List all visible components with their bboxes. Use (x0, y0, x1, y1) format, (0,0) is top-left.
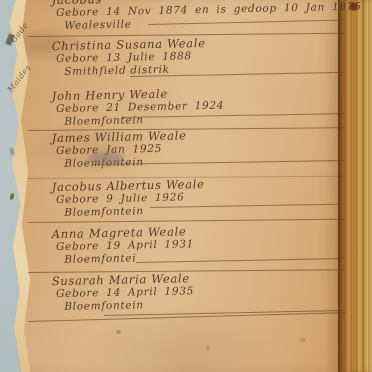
register-entry: Jacobus Albertus Weale Gebore 9 Julie 19… (52, 175, 353, 219)
stain (206, 346, 210, 350)
ink-smudge (88, 152, 124, 165)
register-entry: Christina Susana Weale Gebore 13 Julie 1… (52, 34, 353, 78)
green-speck (9, 193, 15, 201)
stain (300, 338, 306, 342)
stain (116, 330, 121, 334)
register-page-photo: Jacobus Gebore 14 Nov 1874 en is gedoop … (0, 0, 372, 372)
register-entry: John Henry Weale Gebore 21 Desember 1924… (52, 84, 353, 128)
register-entry: Susarah Maria Weale Gebore 14 April 1935… (52, 269, 353, 313)
edge-mark (9, 148, 14, 156)
register-entry: Anna Magreta Weale Gebore 19 April 1931 … (52, 222, 353, 266)
